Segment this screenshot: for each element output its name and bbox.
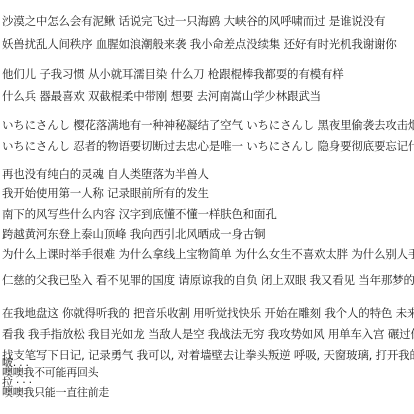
lyric-line: 为什么上课时举手很难 为什么拿线上宝物简单 为什么女生不喜欢太胖 为什么别人手机… <box>2 247 414 261</box>
lyric-line: 沙漠之中怎么会有泥鳅 话说完飞过一只海鸥 大峡谷的风呼啸而过 是谁说没有 <box>2 14 385 28</box>
outro-line: 噢噢我只能一直往前走 <box>2 388 109 398</box>
lyric-line: 找支笔写下日记, 记录勇气 我可以, 对着墙壁去让拳头叛逆 呼吸, 天窗玻璃, … <box>2 348 414 362</box>
lyric-line: 妖兽扰乱人间秩序 血腥如浪潮般来袭 我小命差点没续集 还好有时光机我谢谢你 <box>2 37 397 51</box>
lyric-line: 看我 我手指放松 我目光如龙 当敌人是空 我战法无穷 我攻势如风 用单车入宫 碾… <box>2 327 414 341</box>
lyric-line: いちにさんし 忍者的物语要切断过去忠心是唯一 いちにさんし 隐身要彻底要忘记什么… <box>2 139 414 153</box>
lyric-line: 什么兵 器最喜欢 双截棍柔中带刚 想要 去河南嵩山学少林跟武当 <box>2 89 321 103</box>
lyric-line: 仁慈的父我已坠入 看不见罪的国度 请原谅我的自负 闭上双眼 我又看见 当年那梦的… <box>2 273 414 287</box>
lyric-line: 跨越黄河东登上泰山顶峰 我向西引北风晒成一身古铜 <box>2 227 265 241</box>
lyric-line: 在我地盘这 你就得听我的 把音乐收割 用听觉找快乐 开始在雕刻 我个人的特色 未… <box>2 306 414 320</box>
lyric-line: 南下的风写些什么内容 汉字到底懂不懂一样肤色和面孔 <box>2 207 277 221</box>
lyric-line: 我开始使用第一人称 记录眼前所有的发生 <box>2 186 209 200</box>
lyric-line: いちにさんし 樱花落满地有一种神秘凝结了空气 いちにさんし 黑夜里偷袭去攻击烟雾… <box>2 118 414 132</box>
lyric-line: 他们儿 子我习惯 从小就耳濡目染 什么刀 枪跟棍棒我都耍的有模有样 <box>2 67 344 81</box>
lyric-line: 再也没有纯白的灵魂 自人类堕落为半兽人 <box>2 167 209 181</box>
